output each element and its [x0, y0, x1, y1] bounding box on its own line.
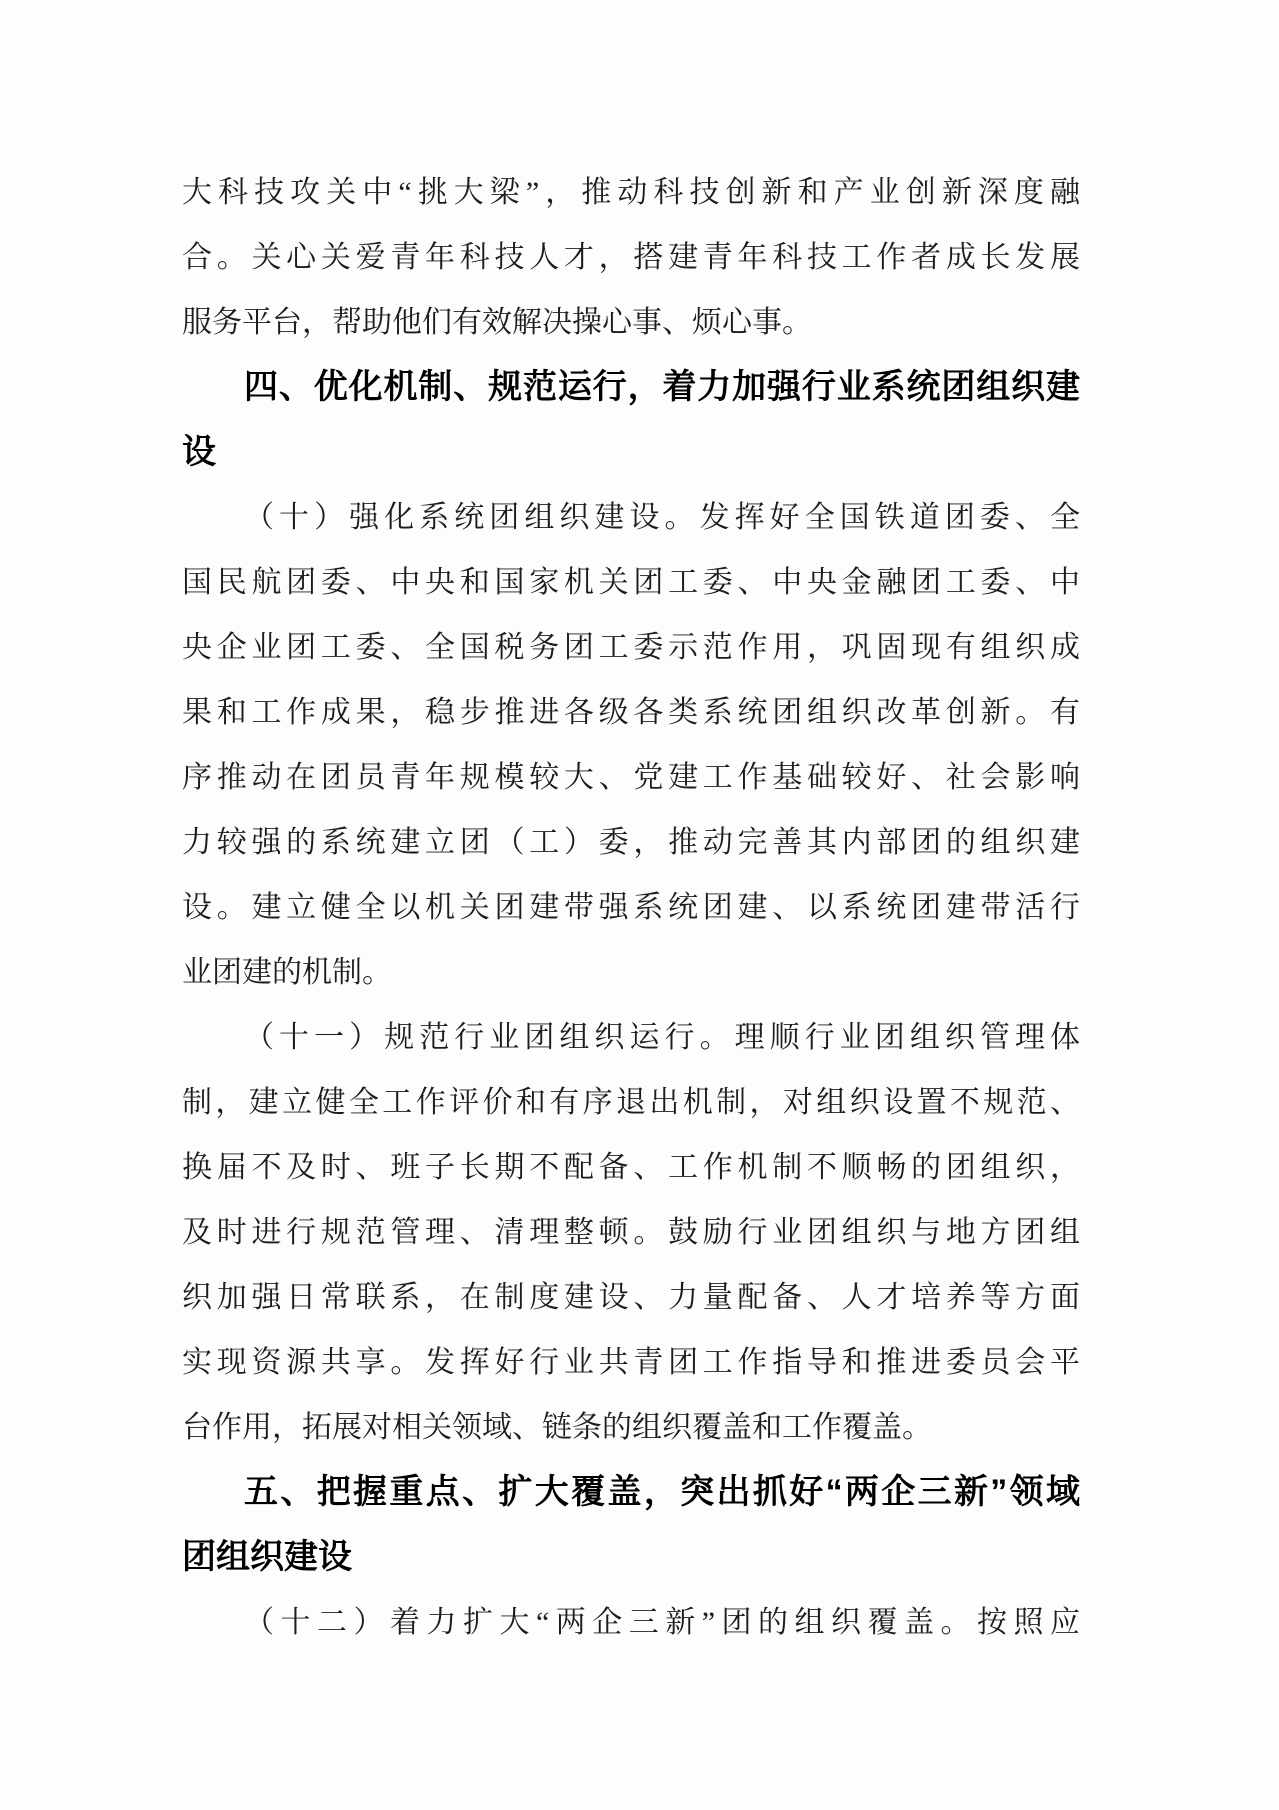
- document-text-block: 大科技攻关中“挑大梁”，推动科技创新和产业创新深度融合。关心关爱青年科技人才，搭…: [182, 160, 1080, 1655]
- body-line: 业团建的机制。: [182, 940, 1080, 1005]
- body-line: 制，建立健全工作评价和有序退出机制，对组织设置不规范、: [182, 1070, 1080, 1135]
- body-line: 换届不及时、班子长期不配备、工作机制不顺畅的团组织，: [182, 1135, 1080, 1200]
- body-line: 果和工作成果，稳步推进各级各类系统团组织改革创新。有: [182, 680, 1080, 745]
- body-line: 织加强日常联系，在制度建设、力量配备、人才培养等方面: [182, 1265, 1080, 1330]
- body-line: 服务平台，帮助他们有效解决操心事、烦心事。: [182, 290, 1080, 355]
- body-line: 大科技攻关中“挑大梁”，推动科技创新和产业创新深度融: [182, 160, 1080, 225]
- heading-line: 五、把握重点、扩大覆盖，突出抓好“两企三新”领域: [182, 1460, 1080, 1525]
- heading-line: 设: [182, 420, 1080, 485]
- body-line: 国民航团委、中央和国家机关团工委、中央金融团工委、中: [182, 550, 1080, 615]
- heading-line: 四、优化机制、规范运行，着力加强行业系统团组织建: [182, 355, 1080, 420]
- body-line: 力较强的系统建立团（工）委，推动完善其内部团的组织建: [182, 810, 1080, 875]
- body-line: 实现资源共享。发挥好行业共青团工作指导和推进委员会平: [182, 1330, 1080, 1395]
- body-line: （十二）着力扩大“两企三新”团的组织覆盖。按照应: [182, 1590, 1080, 1655]
- document-page: 大科技攻关中“挑大梁”，推动科技创新和产业创新深度融合。关心关爱青年科技人才，搭…: [0, 0, 1279, 1810]
- body-line: （十）强化系统团组织建设。发挥好全国铁道团委、全: [182, 485, 1080, 550]
- body-line: 央企业团工委、全国税务团工委示范作用，巩固现有组织成: [182, 615, 1080, 680]
- body-line: 及时进行规范管理、清理整顿。鼓励行业团组织与地方团组: [182, 1200, 1080, 1265]
- body-line: 设。建立健全以机关团建带强系统团建、以系统团建带活行: [182, 875, 1080, 940]
- body-line: 合。关心关爱青年科技人才，搭建青年科技工作者成长发展: [182, 225, 1080, 290]
- body-line: 序推动在团员青年规模较大、党建工作基础较好、社会影响: [182, 745, 1080, 810]
- body-line: （十一）规范行业团组织运行。理顺行业团组织管理体: [182, 1005, 1080, 1070]
- body-line: 台作用，拓展对相关领域、链条的组织覆盖和工作覆盖。: [182, 1395, 1080, 1460]
- heading-line: 团组织建设: [182, 1525, 1080, 1590]
